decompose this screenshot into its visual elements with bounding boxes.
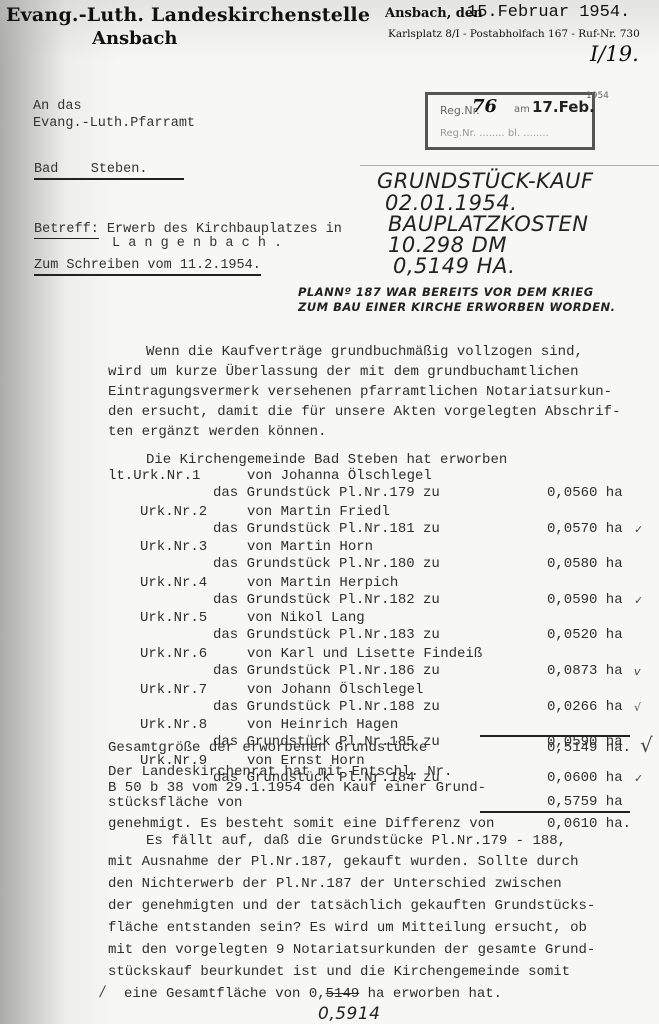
intro-line4: den ersucht, damit die für unsere Akten …	[108, 402, 620, 423]
seller-name: von Martin Herpich	[247, 575, 398, 593]
deed-number: Urk.Nr.2	[140, 504, 207, 522]
seller-name: von Karl und Lisette Findeiß	[247, 646, 482, 664]
handwritten-note-line3: BAUPLATZKOSTEN	[388, 213, 588, 235]
intro-line1: Wenn die Kaufverträge grundbuchmäßig vol…	[146, 342, 583, 363]
approved-area: 0,5759 ha	[547, 794, 623, 812]
total-check-mark: √	[640, 733, 653, 757]
recipient-line2: Evang.-Luth.Pfarramt	[33, 116, 195, 131]
seller-name: von Johanna Ölschlegel	[247, 468, 432, 486]
last-line-suffix: ha erworben hat.	[359, 986, 502, 1002]
place-name: Steben.	[91, 162, 148, 177]
deed-number: Urk.Nr.4	[140, 575, 207, 593]
parcel-area: 0,0570 ha	[547, 521, 623, 539]
approval-line3: stücksfläche von	[108, 795, 242, 813]
deed-number: Urk.Nr.3	[140, 539, 207, 557]
closing-line2: mit Ausnahme der Pl.Nr.187, gekauft wurd…	[108, 852, 578, 873]
letterhead-city: Ansbach	[92, 28, 177, 49]
check-mark: ✓	[634, 523, 643, 536]
intro-line2: wird um kurze Überlassung der mit dem gr…	[108, 362, 578, 383]
parcel-area: 0,0560 ha	[547, 485, 623, 503]
intro-line5: ten ergänzt werden können.	[108, 422, 326, 443]
approval-sum-line	[480, 811, 630, 813]
margin-mark: /	[100, 984, 105, 1000]
closing-line5: fläche entstanden sein? Es wird um Mitte…	[108, 918, 587, 939]
stamp-year: 1954	[586, 91, 609, 101]
seller-name: von Martin Friedl	[247, 504, 390, 522]
check-mark: ✓	[634, 772, 643, 785]
handwritten-remark-line1: PLANNº 187 WAR BEREITS VOR DEM KRIEG	[298, 285, 594, 299]
parcel-description: das Grundstück Pl.Nr.186 zu	[213, 663, 440, 681]
scan-shadow	[0, 0, 120, 1024]
letterhead-address: Karlsplatz 8/I - Postabholfach 167 - Ruf…	[388, 28, 640, 40]
parcel-area: 0,0600 ha	[547, 770, 623, 788]
total-label: Gesamtgröße der erworbenen Grundstücke	[108, 740, 427, 758]
handwritten-remark-line2: ZUM BAU EINER KIRCHE ERWORBEN WORDEN.	[298, 300, 616, 314]
place-prefix: Bad	[34, 162, 58, 177]
stamp-second-line: Reg.Nr. ........ bl. ........	[440, 128, 549, 139]
recipient-line1: An das	[33, 99, 82, 114]
deed-number: Urk.Nr.6	[140, 646, 207, 664]
sum-line	[480, 735, 630, 737]
letterhead-organization: Evang.-Luth. Landeskirchenstelle	[6, 4, 370, 26]
last-line-prefix: eine Gesamtfläche von 0,	[124, 986, 326, 1002]
divider	[360, 165, 659, 166]
handwritten-note-line5: 0,5149 HA.	[393, 255, 515, 277]
handwritten-note-line2: 02.01.1954.	[385, 192, 517, 214]
struck-value: 5149	[326, 986, 360, 1002]
handwritten-note-line4: 10.298 DM	[388, 234, 507, 256]
acquisitions-heading: Die Kirchengemeinde Bad Steben hat erwor…	[146, 452, 507, 470]
intro-line3: Eintragungsvermerk versehenen pfarramtli…	[108, 382, 612, 403]
closing-line4: der genehmigten und der tatsächlich geka…	[108, 896, 595, 917]
parcel-description: das Grundstück Pl.Nr.188 zu	[213, 699, 440, 717]
subject-reference: Zum Schreiben vom 11.2.1954.	[34, 258, 261, 276]
letter-date: 15.Februar 1954.	[467, 3, 630, 22]
parcel-area: 0,0580 ha	[547, 556, 623, 574]
handwritten-correction: 0,5914	[318, 1004, 380, 1024]
subject-text-line1: Erwerb des Kirchbauplatzes in	[107, 222, 342, 237]
check-mark: √	[634, 701, 641, 714]
stamp-am-label: am	[514, 104, 530, 115]
parcel-description: das Grundstück Pl.Nr.179 zu	[213, 485, 440, 503]
seller-name: von Johann Ölschlegel	[247, 682, 423, 700]
parcel-description: das Grundstück Pl.Nr.180 zu	[213, 556, 440, 574]
parcel-area: 0,0873 ha	[547, 663, 623, 681]
parcel-description: das Grundstück Pl.Nr.183 zu	[213, 627, 440, 645]
approval-line1: Der Landeskirchenrat hat mit Entschl. Nr…	[108, 764, 452, 782]
recipient-place: Bad Steben.	[34, 162, 184, 180]
stamp-reg-number: 76	[472, 96, 497, 117]
deed-number: lt.Urk.Nr.1	[108, 468, 200, 486]
registry-stamp: Reg.Nr. 76 am 17.Feb. Reg.Nr. ........ b…	[425, 92, 595, 150]
subject-label: Betreff:	[34, 222, 99, 239]
check-mark: ✓	[634, 594, 643, 607]
parcel-area: 0,0590 ha	[547, 592, 623, 610]
file-reference: I/19.	[590, 42, 639, 66]
seller-name: von Heinrich Hagen	[247, 717, 398, 735]
subject: Betreff: Erwerb des Kirchbauplatzes in	[34, 222, 342, 237]
check-mark: v	[634, 665, 641, 678]
closing-last-line: eine Gesamtfläche von 0,5149 ha erworben…	[124, 984, 502, 1005]
total-value: 0,5149 ha.	[547, 740, 631, 758]
deed-number: Urk.Nr.7	[140, 682, 207, 700]
subject-text-line2: L a n g e n b a c h .	[112, 236, 282, 251]
handwritten-note-line1: GRUNDSTÜCK-KAUF	[377, 170, 594, 192]
deed-number: Urk.Nr.8	[140, 717, 207, 735]
seller-name: von Martin Horn	[247, 539, 373, 557]
parcel-area: 0,0520 ha	[547, 627, 623, 645]
closing-line7: stückskauf beurkundet ist und die Kirche…	[108, 962, 570, 983]
parcel-description: das Grundstück Pl.Nr.181 zu	[213, 521, 440, 539]
closing-line3: den Nichterwerb der Pl.Nr.187 der Unters…	[108, 874, 562, 895]
closing-line1: Es fällt auf, daß die Grundstücke Pl.Nr.…	[146, 831, 566, 852]
parcel-area: 0,0266 ha	[547, 699, 623, 717]
closing-line6: mit den vorgelegten 9 Notariatsurkunden …	[108, 940, 595, 961]
parcel-description: das Grundstück Pl.Nr.182 zu	[213, 592, 440, 610]
deed-number: Urk.Nr.5	[140, 610, 207, 628]
seller-name: von Nikol Lang	[247, 610, 365, 628]
